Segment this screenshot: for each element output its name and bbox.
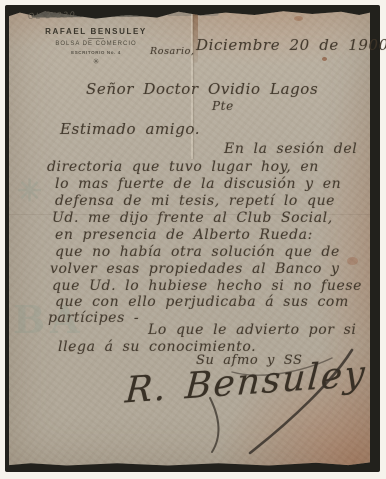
ornament-icon: ✳	[34, 57, 158, 66]
letterhead-rule	[88, 38, 104, 39]
body-line: defensa de mi tesis, repetí lo que	[55, 193, 335, 209]
body-line: que Ud. lo hubiese hecho si no fuese	[52, 278, 362, 294]
letterhead-organization: BOLSA DE COMERCIO	[34, 41, 158, 47]
stain-speck	[294, 16, 303, 21]
dateline-place: Rosario,	[150, 46, 195, 57]
body-line: en presencia de Alberto Rueda:	[55, 227, 313, 243]
recipient-note: Pte	[212, 99, 234, 113]
watermark-ornament: ✳	[17, 174, 42, 209]
body-line: En la sesión del	[224, 141, 357, 157]
body-line: que no había otra solución que de	[55, 244, 340, 260]
salutation: Estimado amigo.	[60, 120, 200, 138]
scanned-letter-page: ✳ BA OL-2-220 RAFAEL BENSULEY BOLSA DE C…	[0, 0, 386, 479]
body-line: que con ello perjudicaba á sus com	[55, 294, 349, 310]
dateline-date: Diciembre 20 de 1900	[196, 36, 386, 54]
archive-note: OL-2-220	[28, 10, 77, 21]
stain-speck	[322, 57, 327, 61]
body-line: Ud. me dijo frente al Club Social,	[52, 210, 333, 226]
stain-speck	[347, 257, 358, 265]
body-line: directoria que tuvo lugar hoy, en	[47, 159, 319, 175]
recipient-line: Señor Doctor Ovidio Lagos	[86, 80, 318, 98]
body-line: partícipes -	[48, 310, 139, 326]
body-line: lo mas fuerte de la discusión y en	[55, 176, 341, 192]
letterhead-office: ESCRITORIO No. 4	[34, 50, 158, 55]
body-line: volver esas propiedades al Banco y	[50, 261, 340, 277]
body-line: Lo que le advierto por si	[148, 322, 356, 338]
letterhead: RAFAEL BENSULEY BOLSA DE COMERCIO ESCRIT…	[34, 27, 158, 66]
letterhead-name: RAFAEL BENSULEY	[34, 27, 158, 36]
